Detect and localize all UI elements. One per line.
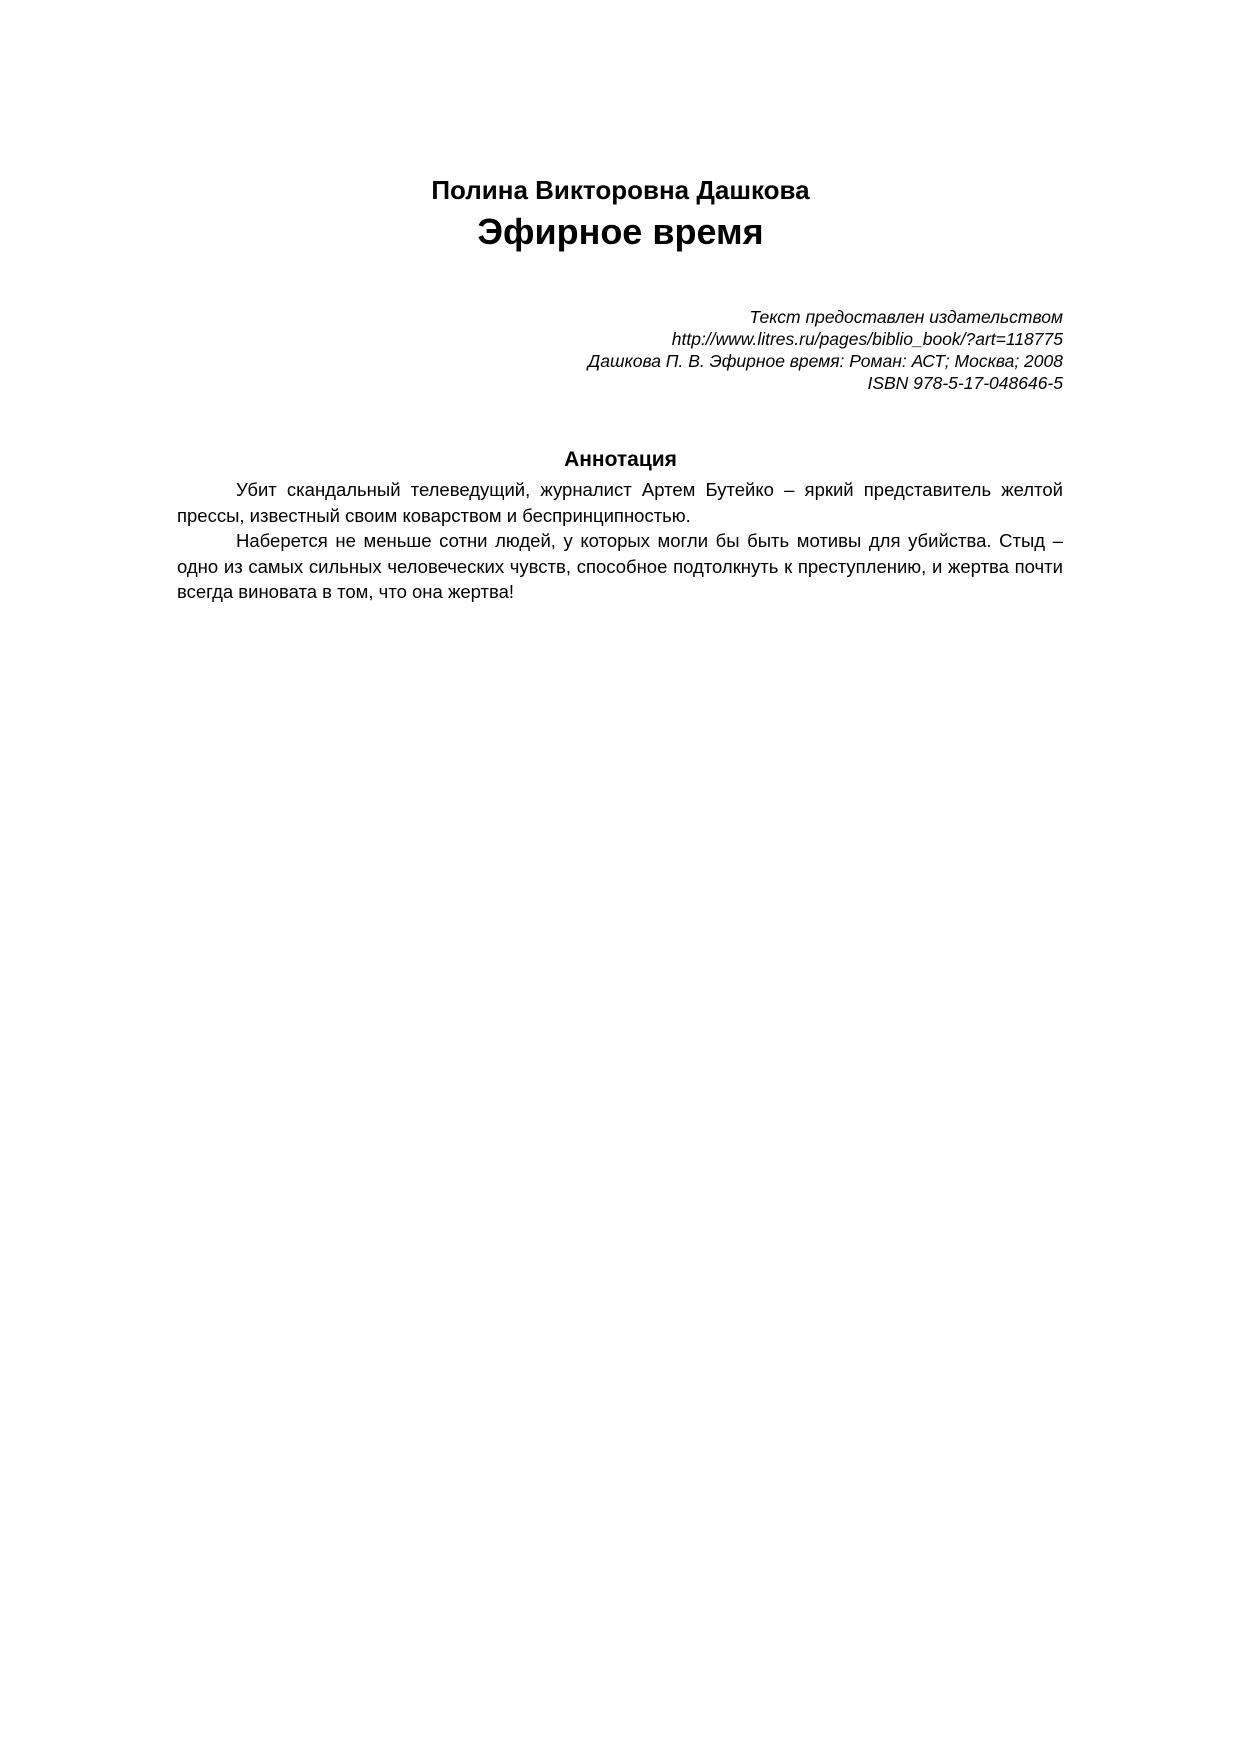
annotation-paragraph: Наберется не меньше сотни людей, у котор… xyxy=(177,528,1063,605)
book-title: Эфирное время xyxy=(0,210,1241,254)
annotation-body: Убит скандальный телеведущий, журналист … xyxy=(177,477,1063,605)
author-name: Полина Викторовна Дашкова xyxy=(0,174,1241,206)
annotation-paragraph: Убит скандальный телеведущий, журналист … xyxy=(177,477,1063,528)
annotation-heading: Аннотация xyxy=(0,447,1241,473)
publisher-note: Текст предоставлен издательством xyxy=(588,306,1063,328)
publication-info: Текст предоставлен издательством http://… xyxy=(588,306,1063,394)
document-page: Полина Викторовна Дашкова Эфирное время … xyxy=(0,0,1241,1754)
bibliographic-reference: Дашкова П. В. Эфирное время: Роман: АСТ;… xyxy=(588,350,1063,372)
isbn: ISBN 978-5-17-048646-5 xyxy=(588,372,1063,394)
source-url: http://www.litres.ru/pages/biblio_book/?… xyxy=(588,328,1063,350)
